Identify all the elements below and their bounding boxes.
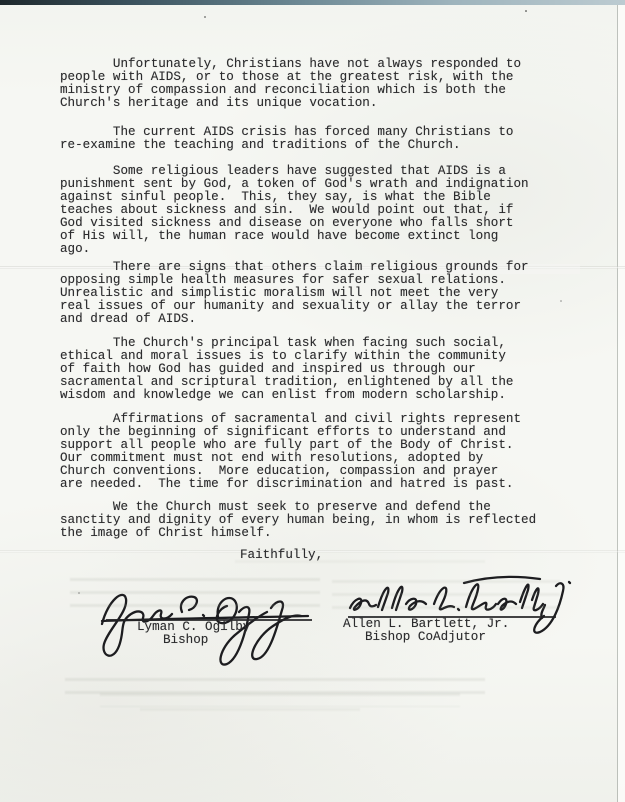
scan-speck [78, 592, 80, 594]
closing-salutation: Faithfully, [240, 549, 323, 562]
bartlett-title: Bishop CoAdjutor [365, 631, 486, 644]
paper-right-margin [618, 5, 625, 802]
bleed-through-smudge [100, 693, 460, 707]
letter-paragraph: The Church's principal task when facing … [60, 337, 513, 402]
paper-edge-line [617, 5, 618, 802]
ogilby-title: Bishop [163, 634, 208, 647]
letter-page: Unfortunately, Christians have not alway… [0, 0, 625, 802]
scan-speck [204, 16, 206, 18]
letter-paragraph: Some religious leaders have suggested th… [60, 165, 529, 256]
bleed-through-smudge [140, 708, 360, 719]
bleed-through-smudge [65, 678, 485, 694]
scan-speck [560, 300, 562, 302]
letter-paragraph: The current AIDS crisis has forced many … [60, 126, 513, 152]
letter-paragraph: Affirmations of sacramental and civil ri… [60, 413, 521, 491]
letter-paragraph: Unfortunately, Christians have not alway… [60, 58, 521, 110]
scan-speck [525, 10, 527, 12]
scan-edge-bar [0, 0, 625, 5]
letter-paragraph: There are signs that others claim religi… [60, 261, 529, 326]
letter-paragraph: We the Church must seek to preserve and … [60, 501, 536, 540]
